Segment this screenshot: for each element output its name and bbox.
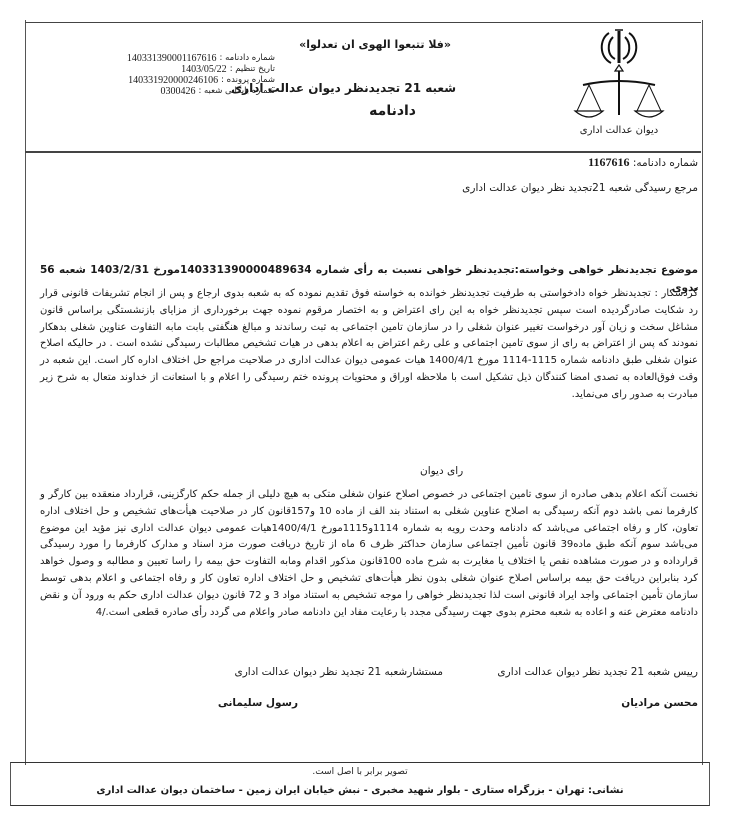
court-address: نشانی: تهران - بزرگراه ستاری - بلوار شهی… [11, 785, 709, 796]
document-footer: تصویر برابر با اصل است. نشانی: تهران - ب… [10, 762, 710, 806]
meta-label: تاریخ تنظیم : [230, 64, 275, 75]
document-type-title: دادنامه [369, 103, 416, 119]
meta-value: 140331390001167616 [127, 53, 217, 64]
ruling-title: رای دیوان [420, 465, 463, 477]
signature-title-counselor: مستشارشعبه 21 تجدید نظر دیوان عدالت ادار… [235, 666, 444, 678]
iran-emblem-icon [571, 27, 667, 123]
verdict-number-label: شماره دادنامه: [633, 157, 698, 169]
case-report: گردشکار : تجدیدنظر خواه دادخواستی به طرف… [40, 286, 698, 404]
document-meta: شماره دادنامه : 140331390001167616 تاریخ… [105, 53, 275, 97]
handling-authority: مرجع رسیدگی شعبه 21تجدید نظر دیوان عدالت… [462, 182, 698, 194]
meta-issue-date: تاریخ تنظیم : 1403/05/22 [105, 64, 275, 75]
motto: «فلا تتبعوا الهوی ان تعدلوا» [299, 38, 451, 51]
verdict-number-line: شماره دادنامه: 1167616 [588, 155, 698, 170]
meta-value: 140331920000246106 [128, 75, 218, 86]
meta-verdict-number: شماره دادنامه : 140331390001167616 [105, 53, 275, 64]
verdict-number-value: 1167616 [588, 155, 629, 169]
signature-name-counselor: رسول سلیمانی [218, 697, 298, 709]
signature-title-president: رییس شعبه 21 تجدید نظر دیوان عدالت اداری [497, 666, 698, 678]
meta-value: 1403/05/22 [181, 64, 227, 75]
signature-name-president: محسن مرادیان [621, 697, 698, 709]
document-header: دیوان عدالت اداری «فلا تتبعوا الهوی ان ت… [25, 22, 701, 153]
meta-label: شماره بایگانی شعبه : [198, 86, 275, 97]
meta-label: شماره دادنامه : [220, 53, 275, 64]
meta-value: 0300426 [160, 86, 195, 97]
certified-copy-note: تصویر برابر با اصل است. [11, 767, 709, 777]
meta-label: شماره پرونده : [221, 75, 275, 86]
emblem-caption: دیوان عدالت اداری [569, 125, 669, 136]
meta-case-number: شماره پرونده : 140331920000246106 [105, 75, 275, 86]
document-page: دیوان عدالت اداری «فلا تتبعوا الهوی ان ت… [0, 0, 738, 820]
ruling-text: نخست آنکه اعلام بدهی صادره از سوی تامین … [40, 487, 698, 621]
emblem: دیوان عدالت اداری [569, 27, 669, 145]
meta-archive-number: شماره بایگانی شعبه : 0300426 [105, 86, 275, 97]
